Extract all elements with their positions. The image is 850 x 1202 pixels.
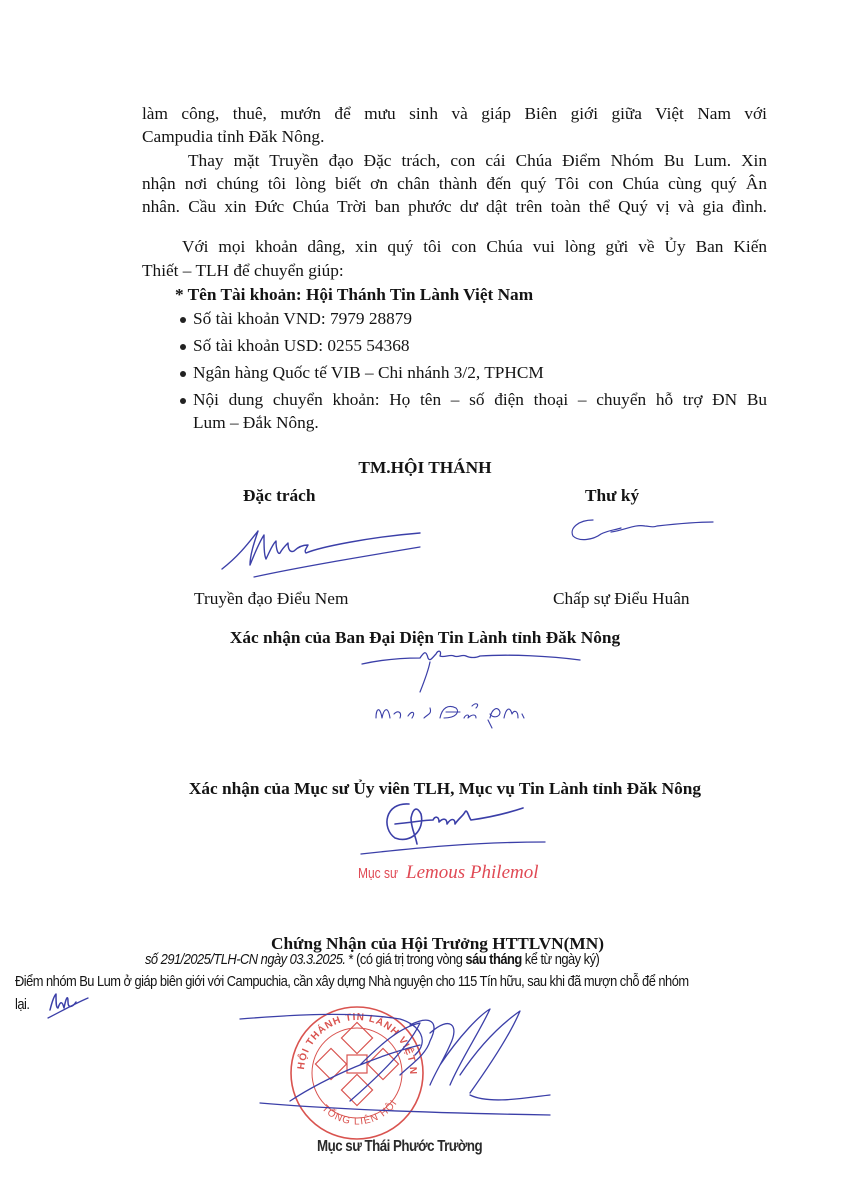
bullet-icon xyxy=(180,398,186,404)
confirm1-signature-icon xyxy=(360,648,600,728)
confirm2-name-stamp: Mục sư Lemous Philemol xyxy=(358,862,539,884)
left-signer-title: Đặc trách xyxy=(243,485,315,507)
president-signature-icon xyxy=(230,1005,550,1125)
bullet-icon xyxy=(180,344,186,350)
right-signature-icon xyxy=(565,512,715,552)
account-name: * Tên Tài khoản: Hội Thánh Tin Lành Việt… xyxy=(175,284,533,306)
stamp-name: Lemous Philemol xyxy=(406,862,538,883)
left-signature-icon xyxy=(220,525,460,585)
confirmation-heading-2: Xác nhận của Mục sư Ủy viên TLH, Mục vụ … xyxy=(0,778,850,800)
paragraph-line: Campudia tỉnh Đăk Nông. xyxy=(142,126,324,148)
validity-post: kể từ ngày ký) xyxy=(522,951,600,968)
paragraph-line: Với mọi khoản dâng, xin quý tôi con Chúa… xyxy=(182,236,767,258)
initials-signature-icon xyxy=(44,992,94,1022)
list-item: Số tài khoản USD: 0255 54368 xyxy=(193,335,410,357)
list-item: Ngân hàng Quốc tế VIB – Chi nhánh 3/2, T… xyxy=(193,362,544,384)
validity-pre: * (có giá trị trong vòng xyxy=(345,951,465,968)
bullet-icon xyxy=(180,317,186,323)
certification-note-cont: lại. xyxy=(15,996,29,1013)
reference-number: số 291/2025/TLH-CN ngày 03.3.2025. xyxy=(145,951,345,968)
list-item: Nội dung chuyển khoản: Họ tên – số điện … xyxy=(193,389,767,411)
paragraph-line: làm công, thuê, mướn để mưu sinh và giáp… xyxy=(142,103,767,125)
confirm2-signature-icon xyxy=(355,798,555,858)
paragraph-line: Thiết – TLH để chuyển giúp: xyxy=(142,260,344,282)
list-item: Lum – Đắk Nông. xyxy=(193,412,319,434)
paragraph-line: nhân. Cầu xin Đức Chúa Trời ban phước dư… xyxy=(142,196,767,218)
bullet-icon xyxy=(180,371,186,377)
certification-note: Điểm nhóm Bu Lum ở giáp biên giới với Ca… xyxy=(15,973,689,990)
signatures-heading: TM.HỘI THÁNH xyxy=(0,457,850,479)
certification-reference: số 291/2025/TLH-CN ngày 03.3.2025. * (có… xyxy=(145,951,599,968)
right-signer-name: Chấp sự Điểu Huân xyxy=(553,588,690,610)
confirmation-heading-1: Xác nhận của Ban Đại Diện Tin Lành tỉnh … xyxy=(0,627,850,649)
paragraph-line: Thay mặt Truyền đạo Đặc trách, con cái C… xyxy=(188,150,767,172)
president-name: Mục sư Thái Phước Trường xyxy=(317,1138,482,1156)
list-item: Số tài khoản VND: 7979 28879 xyxy=(193,308,412,330)
paragraph-line: nhận nơi chúng tôi lòng biết ơn chân thà… xyxy=(142,173,767,195)
validity-duration: sáu tháng xyxy=(465,951,521,968)
right-signer-title: Thư ký xyxy=(585,485,639,507)
left-signer-name: Truyền đạo Điểu Nem xyxy=(194,588,348,610)
stamp-prefix: Mục sư xyxy=(358,865,398,882)
